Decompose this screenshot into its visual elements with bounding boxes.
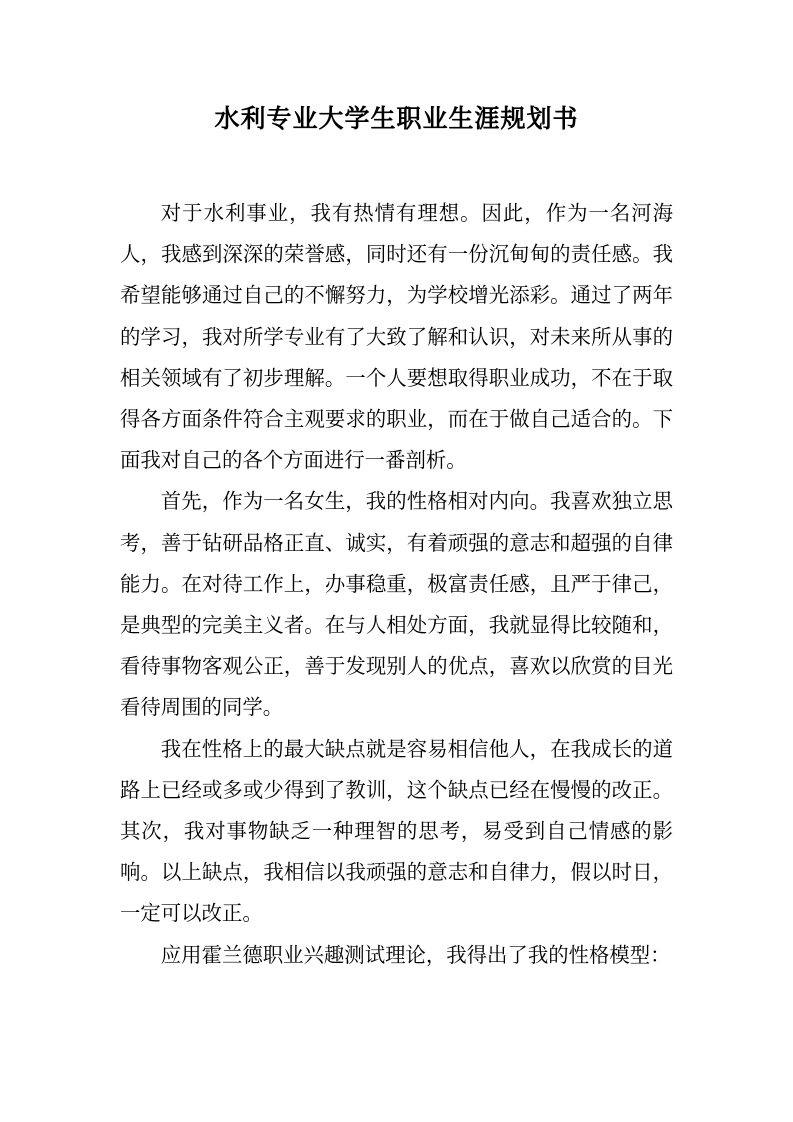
- document-title: 水利专业大学生职业生涯规划书: [0, 100, 793, 138]
- document-page: 水利专业大学生职业生涯规划书 对于水利事业，我有热情有理想。因此，作为一名河海人…: [0, 0, 793, 1122]
- document-body: 对于水利事业，我有热情有理想。因此，作为一名河海人，我感到深深的荣誉感，同时还有…: [120, 193, 673, 976]
- paragraph-holland-test: 应用霍兰德职业兴趣测试理论，我得出了我的性格模型：: [120, 935, 673, 976]
- paragraph-personality: 首先，作为一名女生，我的性格相对内向。我喜欢独立思考，善于钻研品格正直、诚实，有…: [120, 481, 673, 728]
- paragraph-intro: 对于水利事业，我有热情有理想。因此，作为一名河海人，我感到深深的荣誉感，同时还有…: [120, 193, 673, 481]
- paragraph-weaknesses: 我在性格上的最大缺点就是容易相信他人，在我成长的道路上已经或多或少得到了教训，这…: [120, 729, 673, 935]
